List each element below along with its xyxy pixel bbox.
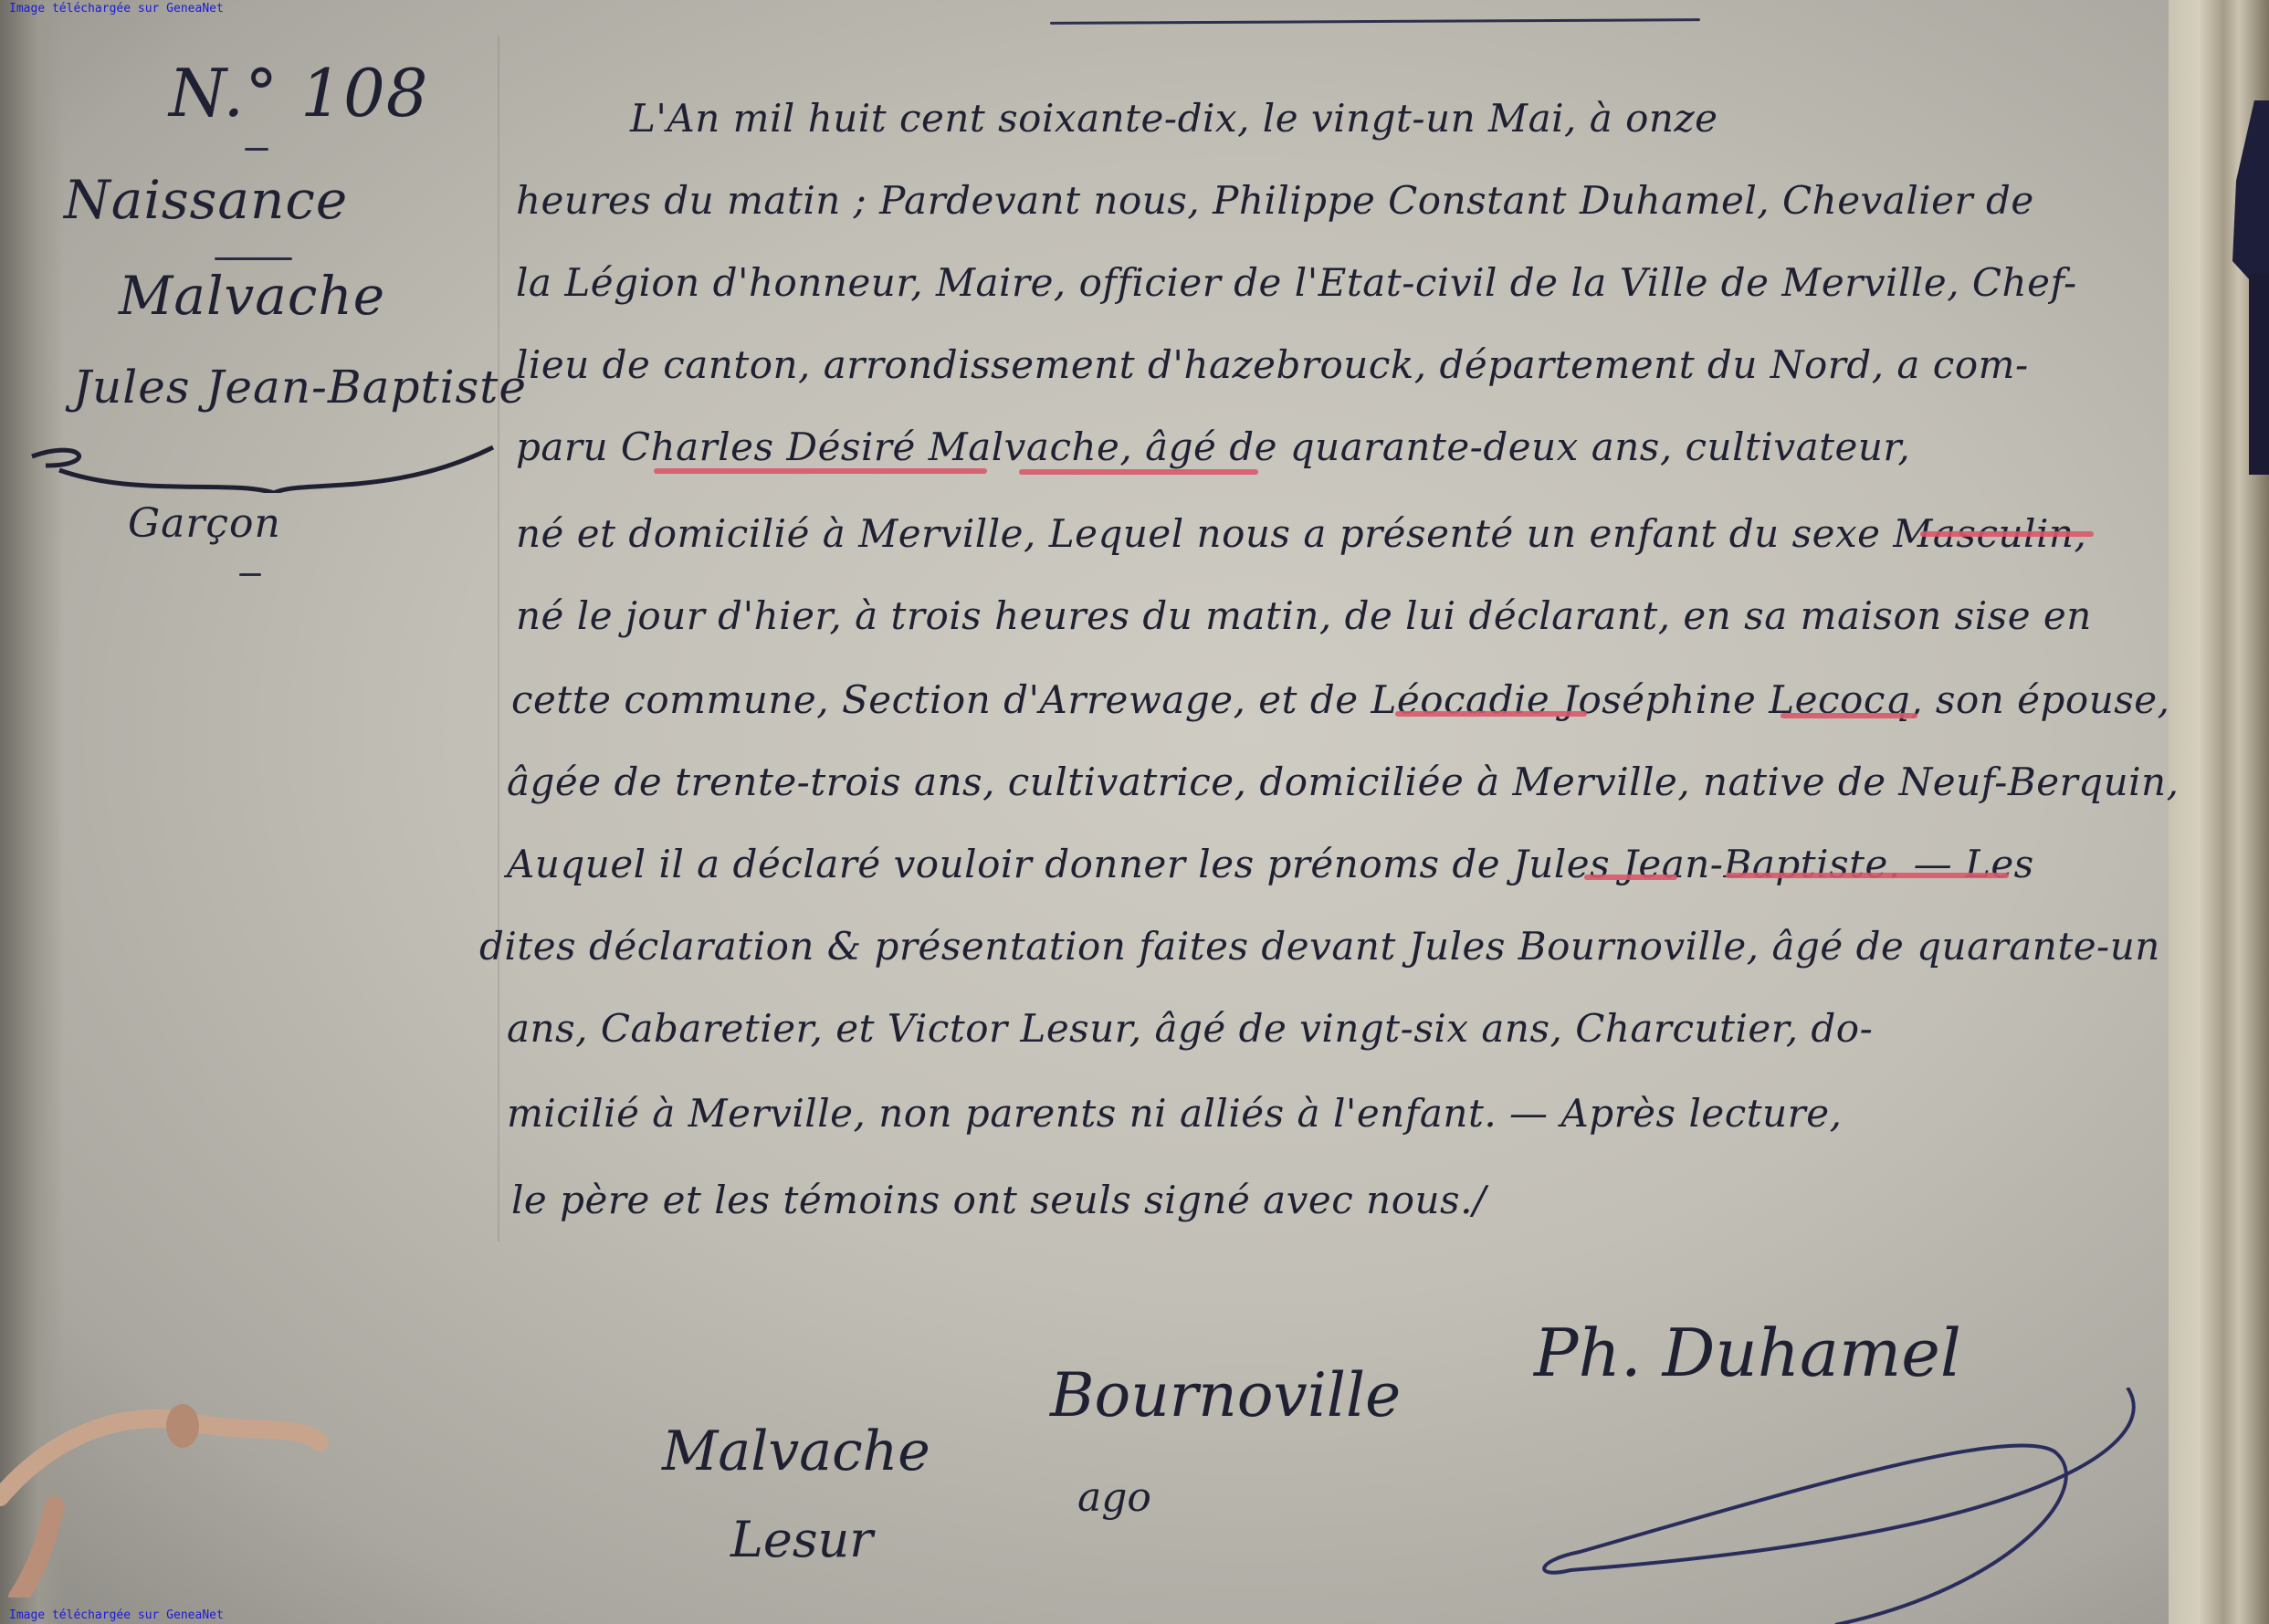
signature-lesur: Lesur	[730, 1511, 873, 1568]
signature-bournoville-mark: ago	[1077, 1474, 1151, 1521]
body-line-13: micilié à Merville, non parents ni allié…	[507, 1091, 1842, 1136]
body-line-14: le père et les témoins ont seuls signé a…	[511, 1178, 1486, 1222]
signature-mayor: Ph. Duhamel	[1534, 1315, 1961, 1391]
record-number: N.° 108	[169, 55, 429, 131]
watermark-bottom: Image téléchargée sur GeneaNet	[9, 1608, 224, 1622]
body-line-11: dites déclaration & présentation faites …	[479, 924, 2160, 969]
book-cover-corner	[2232, 100, 2269, 301]
underline-josephine	[1395, 711, 1587, 717]
margin-dash	[215, 257, 292, 260]
underline-jean-baptiste	[1726, 873, 2009, 878]
body-line-12: ans, Cabaretier, et Victor Lesur, âgé de…	[507, 1006, 1873, 1051]
book-cover-edge	[2249, 274, 2269, 475]
record-type: Naissance	[64, 169, 348, 231]
sex: Garçon	[128, 500, 281, 547]
underline-jules	[1584, 875, 1677, 880]
margin-dash	[239, 573, 261, 576]
underline-lecocq	[1781, 713, 1917, 718]
signature-bournoville: Bournoville	[1050, 1360, 1401, 1430]
body-line-1: L'An mil huit cent soixante-dix, le ving…	[630, 96, 1718, 141]
body-line-2: heures du matin ; Pardevant nous, Philip…	[516, 178, 2034, 223]
signature-father: Malvache	[662, 1420, 930, 1483]
underline-masculin	[1920, 531, 2094, 537]
underline-malvache	[1019, 469, 1258, 475]
body-line-3: la Légion d'honneur, Maire, officier de …	[516, 260, 2077, 305]
underline-charles-desire	[654, 468, 987, 474]
body-line-9: âgée de trente-trois ans, cultivatrice, …	[507, 760, 2179, 804]
given-names: Jules Jean-Baptiste	[73, 361, 527, 414]
register-page: Image téléchargée sur GeneaNet N.° 108 N…	[0, 0, 2269, 1624]
body-line-6: né et domicilié à Merville, Lequel nous …	[516, 511, 2086, 556]
margin-rule	[498, 37, 499, 1242]
page-edges	[2169, 0, 2269, 1624]
margin-dash	[245, 148, 268, 151]
body-line-8: cette commune, Section d'Arrewage, et de…	[511, 677, 2170, 722]
body-line-10: Auquel il a déclaré vouloir donner les p…	[507, 842, 2034, 886]
binding-string	[0, 1360, 329, 1598]
watermark-top: Image téléchargée sur GeneaNet	[9, 2, 224, 16]
body-line-4: lieu de canton, arrondissement d'hazebro…	[516, 342, 2029, 387]
top-rule	[1050, 18, 1700, 25]
body-line-5: paru Charles Désiré Malvache, âgé de qua…	[516, 424, 1910, 469]
mayor-paraph-flourish	[1497, 1388, 2191, 1624]
body-line-7: né le jour d'hier, à trois heures du mat…	[516, 593, 2092, 638]
surname: Malvache	[119, 265, 385, 327]
brace-flourish	[27, 429, 502, 493]
